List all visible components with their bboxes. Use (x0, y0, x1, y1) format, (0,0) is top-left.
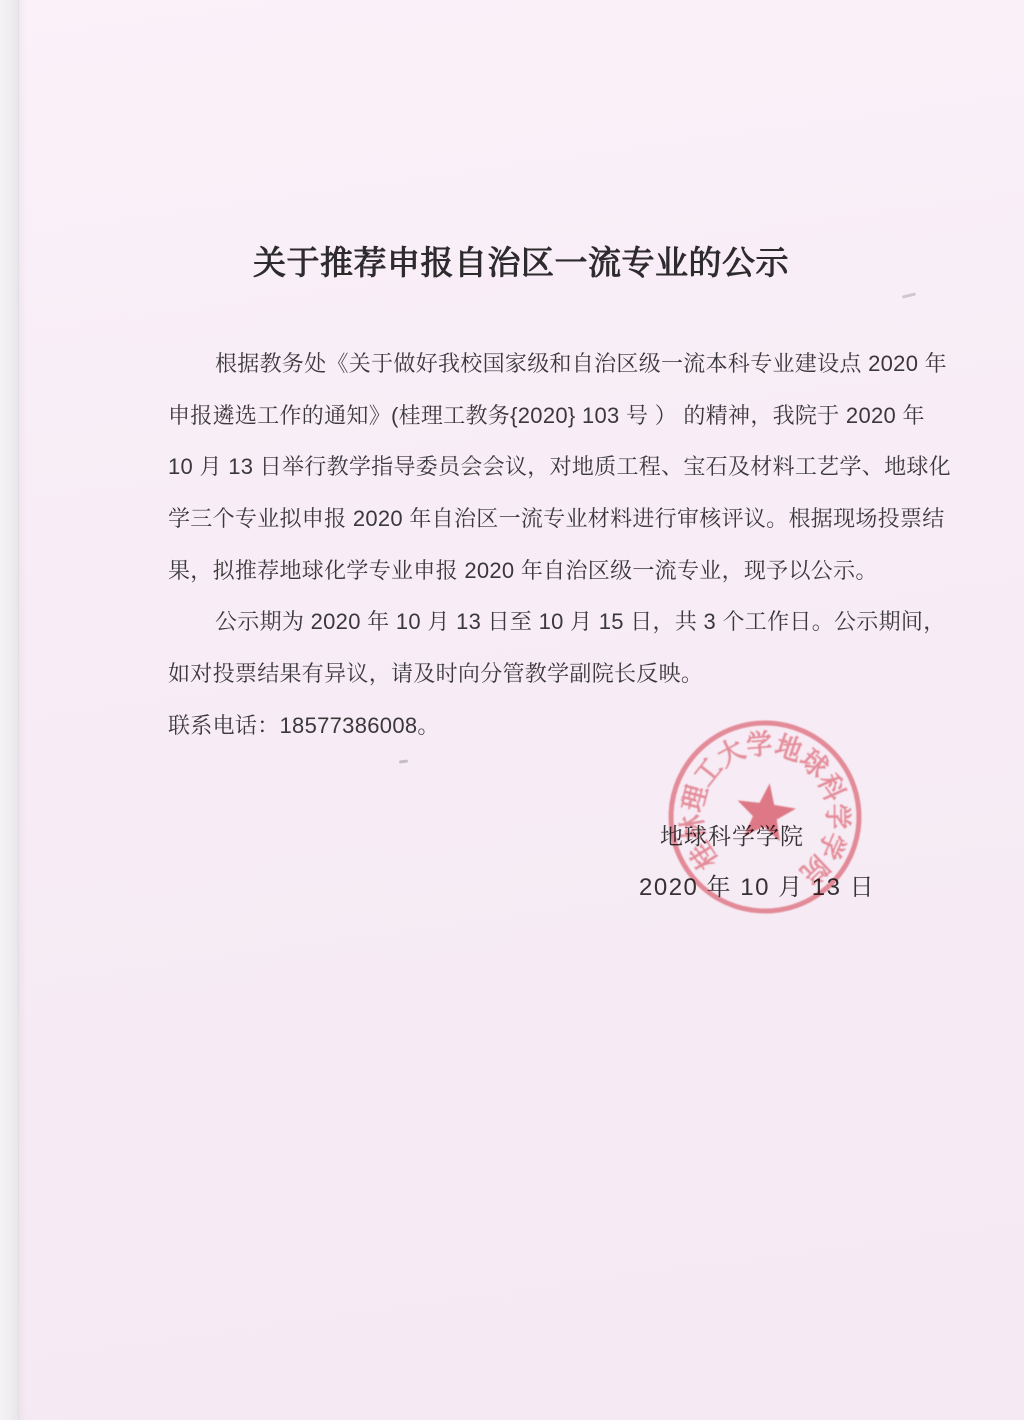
scan-speck (399, 759, 408, 763)
document-title: 关于推荐申报自治区一流专业的公示 (18, 243, 1024, 283)
scanner-edge-strip (0, 0, 19, 1420)
body-line: 10 月 13 日举行教学指导委员会会议，对地质工程、宝石及材料工艺学、地球化 (168, 454, 878, 480)
body-line: 果，拟推荐地球化学专业申报 2020 年自治区级一流专业，现予以公示。 (168, 558, 878, 584)
body-line: 学三个专业拟申报 2020 年自治区一流专业材料进行审核评议。根据现场投票结 (168, 506, 878, 532)
body-line: 根据教务处《关于做好我校国家级和自治区级一流本科专业建设点 2020 年 (215, 351, 878, 377)
body-line: 申报遴选工作的通知》(桂理工教务{2020} 103 号 ） 的精神，我院于 2… (168, 403, 878, 429)
scanned-document-page: 关于推荐申报自治区一流专业的公示 根据教务处《关于做好我校国家级和自治区级一流本… (0, 0, 1024, 1420)
paper-edge-shadow (19, 0, 27, 1420)
scan-speck (902, 292, 916, 298)
seal-star-icon (733, 779, 799, 843)
official-seal-stamp: 桂林理工大学地球科学学院 (640, 692, 891, 943)
body-line: 如对投票结果有异议，请及时向分管教学副院长反映。 (168, 661, 703, 687)
body-line: 联系电话：18577386008。 (168, 713, 440, 739)
body-line: 公示期为 2020 年 10 月 13 日至 10 月 15 日，共 3 个工作… (215, 609, 878, 635)
